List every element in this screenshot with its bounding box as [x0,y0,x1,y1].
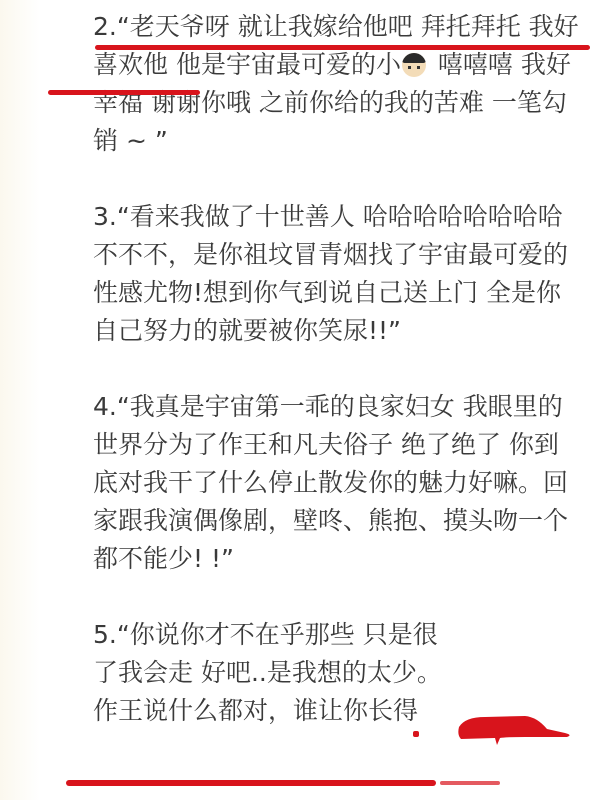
text-line: 喜欢他 他是宇宙最可爱的小 嘻嘻嘻 我好 [93,46,573,84]
text-line: 不不不，是你祖坟冒青烟找了宇宙最可爱的 [93,236,573,274]
quote-item-3: 3.“看来我做了十世善人 哈哈哈哈哈哈哈哈 不不不，是你祖坟冒青烟找了宇宙最可爱… [93,198,573,350]
text-line: 作王说什么都对，谁让你长得 [93,692,513,730]
text-line-part: 喜欢他 他是宇宙最可爱的小 [93,50,401,79]
quote-item-2: 2.“老天爷呀 就让我嫁给他吧 拜托拜托 我好 喜欢他 他是宇宙最可爱的小 嘻嘻… [93,8,573,160]
text-line: 都不能少! !” [93,540,573,578]
text-line-part: 嘻嘻嘻 我好 [430,50,571,79]
red-scribble-mark [455,713,573,747]
red-underline-mark [66,780,436,786]
text-post: 2.“老天爷呀 就让我嫁给他吧 拜托拜托 我好 喜欢他 他是宇宙最可爱的小 嘻嘻… [93,8,573,768]
text-line: 4.“我真是宇宙第一乖的良家妇女 我眼里的 [93,388,573,426]
page-edge-tint [0,0,40,800]
text-line: 5.“你说你才不在乎那些 只是很 [93,616,513,654]
text-line: 家跟我演偶像剧，壁咚、熊抱、摸头吻一个 [93,502,573,540]
boy-face-emoji-icon [402,53,426,77]
text-line: 2.“老天爷呀 就让我嫁给他吧 拜托拜托 我好 [93,8,573,46]
text-line: 性感尤物!想到你气到说自己送上门 全是你 [93,274,573,312]
text-line: 底对我干了什么停止散发你的魅力好嘛。回 [93,464,573,502]
red-dot-mark [413,731,419,737]
text-line: 3.“看来我做了十世善人 哈哈哈哈哈哈哈哈 [93,198,573,236]
red-underline-mark [440,781,500,785]
text-line: 世界分为了作王和凡夫俗子 绝了绝了 你到 [93,426,573,464]
text-line: 销 ~ ” [93,122,573,160]
text-line: 了我会走 好吧..是我想的太少。 [93,654,513,692]
red-underline-mark [48,90,200,95]
quote-item-4: 4.“我真是宇宙第一乖的良家妇女 我眼里的 世界分为了作王和凡夫俗子 绝了绝了 … [93,388,573,578]
text-line: 自己努力的就要被你笑尿!!” [93,312,573,350]
red-underline-mark [95,45,590,50]
